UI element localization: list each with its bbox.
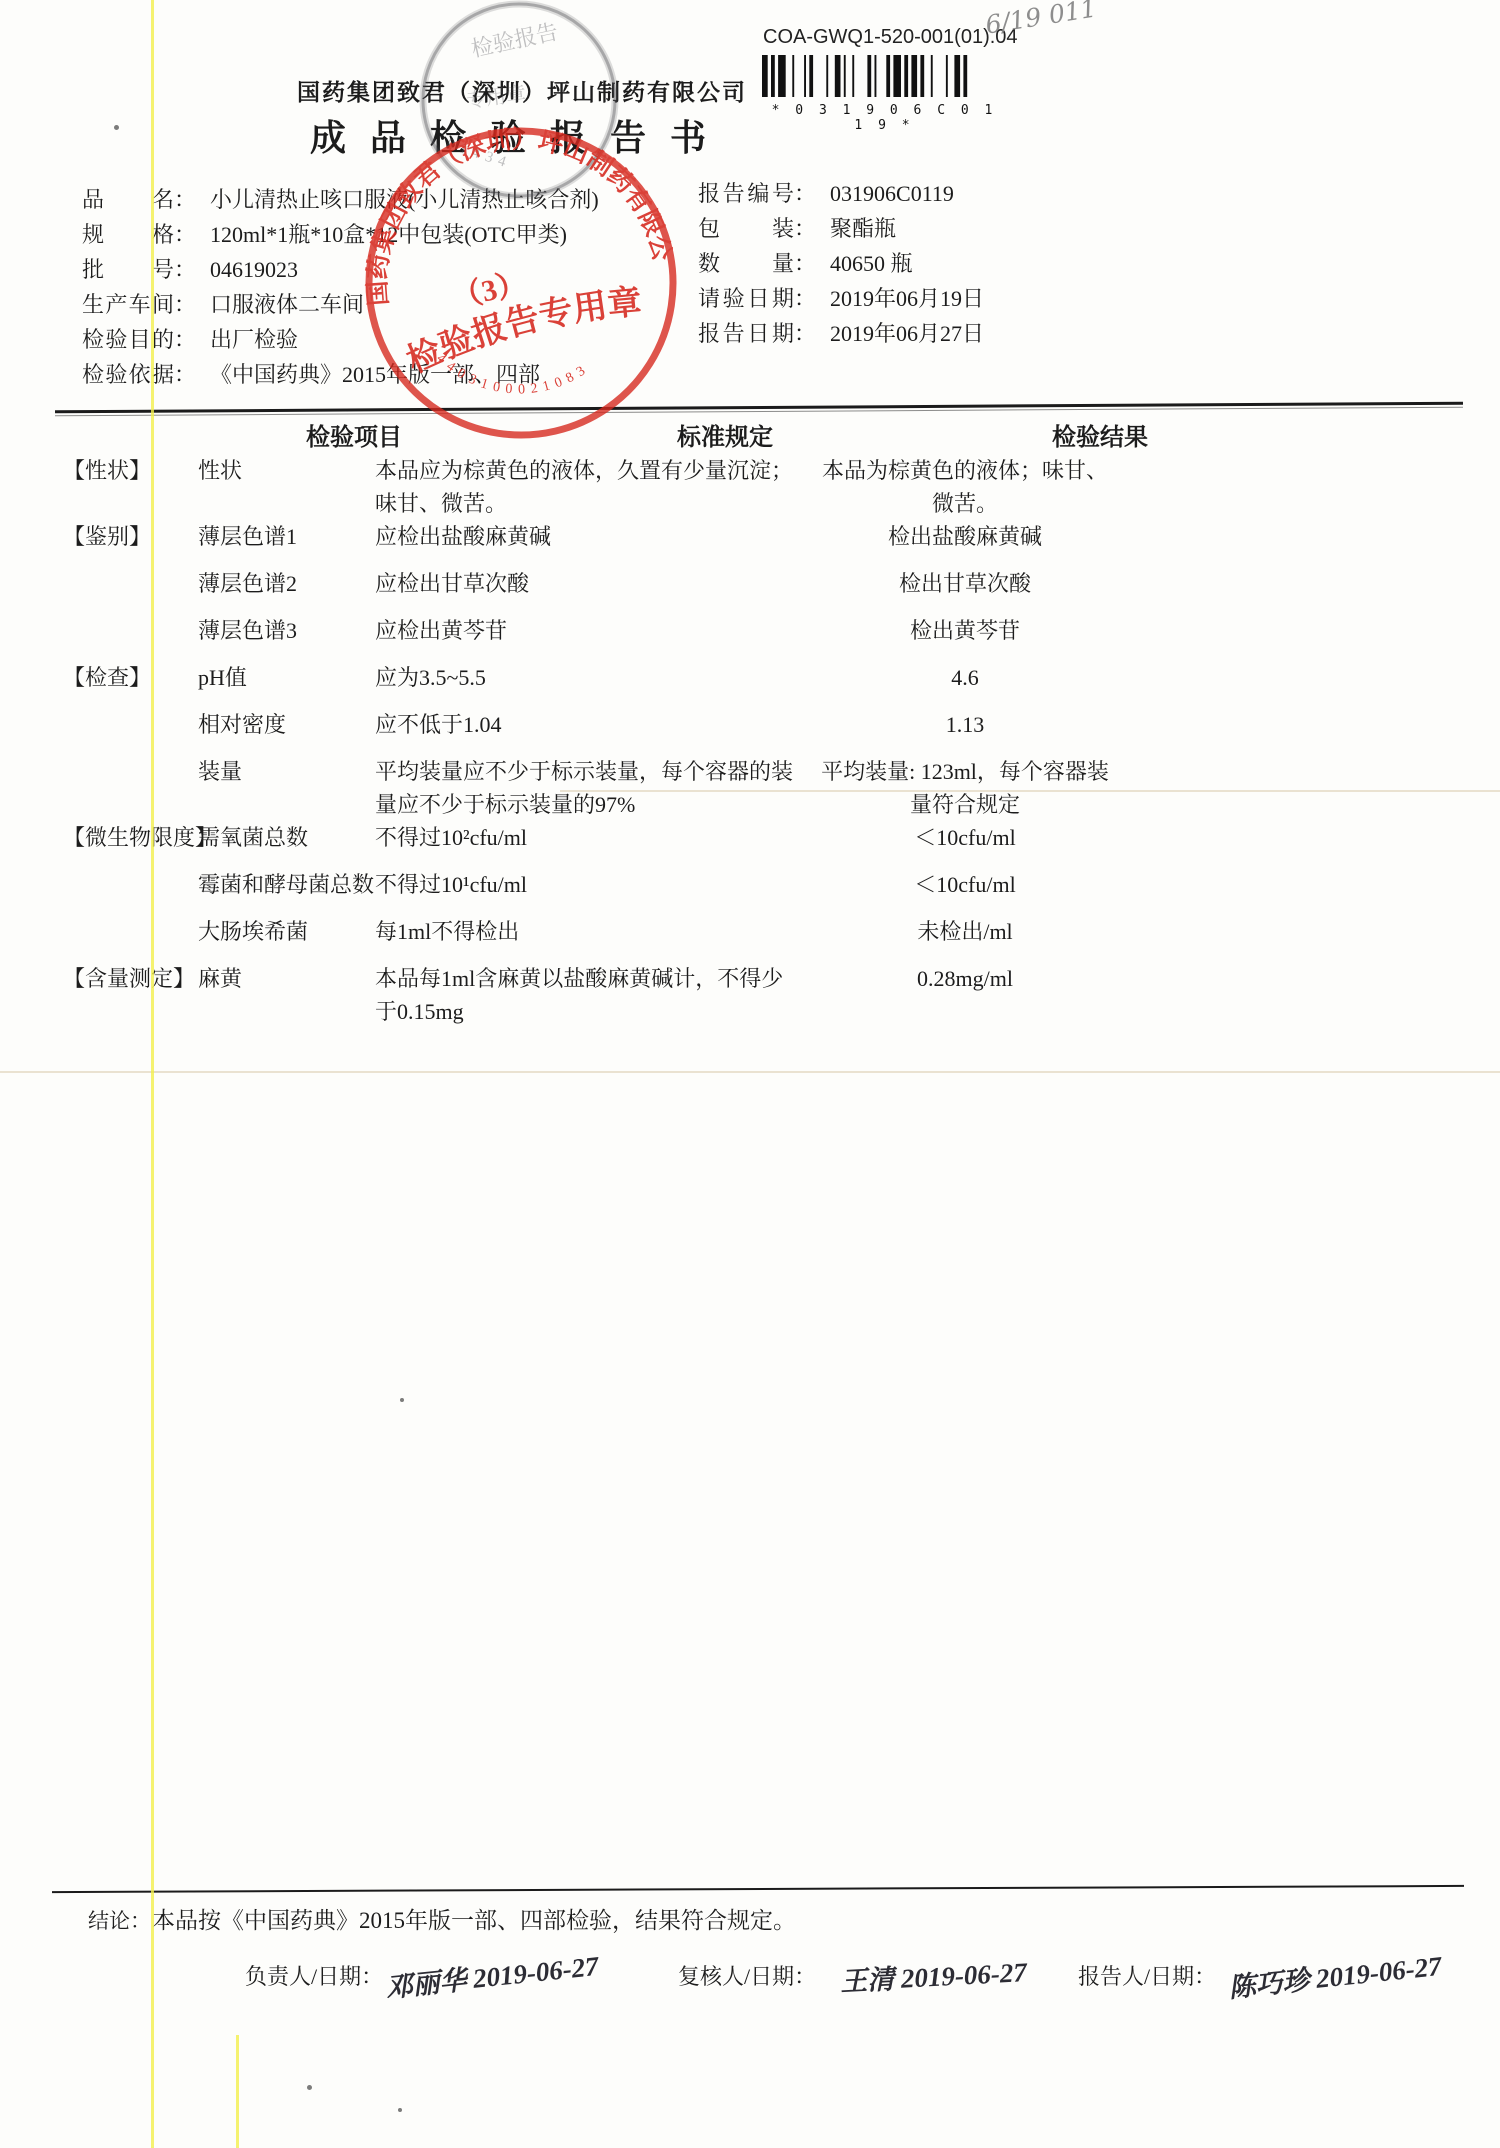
row-standard: 应为3.5~5.5 — [375, 661, 805, 694]
row-category: 【微生物限度】 — [63, 821, 198, 854]
row-item: 霉菌和酵母菌总数 — [198, 868, 375, 901]
ink-speck — [400, 1398, 404, 1402]
ink-speck — [114, 125, 119, 130]
row-standard: 每1ml不得检出 — [375, 915, 805, 948]
field-label: 检验依据 — [82, 357, 174, 392]
field-colon: ： — [794, 281, 816, 316]
fold-line-bottom — [236, 2035, 239, 2148]
row-result: ＜10cfu/ml — [815, 821, 1115, 854]
barcode-text: * 0 3 1 9 0 6 C 0 1 1 9 * — [760, 103, 1008, 133]
field-colon: ： — [174, 322, 196, 357]
row-result: 未检出/ml — [815, 915, 1115, 948]
field-value: 04619023 — [210, 252, 298, 287]
row-item: 薄层色谱1 — [198, 520, 375, 553]
row-item: 需氧菌总数 — [198, 821, 375, 854]
field-label: 检验目的 — [82, 322, 174, 357]
row-result: 检出甘草次酸 — [815, 567, 1115, 600]
barcode: * 0 3 1 9 0 6 C 0 1 1 9 * — [760, 55, 1008, 133]
row-standard: 应不低于1.04 — [375, 708, 805, 741]
crease-line — [0, 1071, 1500, 1073]
signature-handwriting: 邓丽华 2019-06-27 — [384, 1944, 601, 2005]
info-field: 报告日期：2019年06月27日 — [698, 316, 1168, 351]
row-result: 1.13 — [815, 708, 1115, 741]
field-colon: ： — [174, 357, 196, 392]
table-header: 检验项目 标准规定 检验结果 — [63, 414, 1463, 454]
row-category: 【检查】 — [63, 661, 198, 694]
row-item: pH值 — [198, 661, 375, 694]
inspection-table: 检验项目 标准规定 检验结果 【性状】性状本品应为棕黄色的液体，久置有少量沉淀；… — [63, 414, 1463, 1028]
field-value: 031906C0119 — [830, 176, 954, 211]
header-result: 检验结果 — [950, 417, 1250, 452]
field-colon: ： — [794, 316, 816, 351]
row-category: 【含量测定】 — [63, 962, 198, 995]
row-result: 本品为棕黄色的液体；味甘、微苦。 — [815, 454, 1115, 520]
row-standard: 本品每1ml含麻黄以盐酸麻黄碱计，不得少于0.15mg — [375, 962, 805, 1028]
document-number: COA-GWQ1-520-001(01).04 — [763, 26, 1018, 49]
gray-stamp-text: 检验报告 — [469, 19, 560, 62]
field-colon: ： — [794, 246, 816, 281]
field-value: 聚酯瓶 — [830, 211, 896, 246]
field-label: 报告编号 — [698, 176, 794, 211]
field-value: 2019年06月19日 — [830, 281, 984, 316]
table-row: 相对密度应不低于1.041.13 — [63, 708, 1463, 755]
table-row: 装量平均装量应不少于标示装量，每个容器的装量应不少于标示装量的97%平均装量: … — [63, 755, 1463, 821]
row-standard: 应检出甘草次酸 — [375, 567, 805, 600]
signature-label: 报告人/日期： — [1078, 1960, 1216, 1991]
info-field: 数量：40650 瓶 — [698, 246, 1168, 281]
row-standard: 应检出黄芩苷 — [375, 614, 805, 647]
row-item: 大肠埃希菌 — [198, 915, 375, 948]
field-colon: ： — [794, 176, 816, 211]
barcode-bars — [760, 55, 1008, 97]
signature-label: 复核人/日期： — [678, 1960, 816, 1991]
field-label: 规格 — [82, 217, 174, 252]
table-row: 【微生物限度】需氧菌总数不得过10²cfu/ml＜10cfu/ml — [63, 821, 1463, 868]
table-row: 薄层色谱2应检出甘草次酸检出甘草次酸 — [63, 567, 1463, 614]
signature-handwriting: 陈巧珍 2019-06-27 — [1227, 1944, 1444, 2005]
info-field: 包装：聚酯瓶 — [698, 211, 1168, 246]
row-item: 薄层色谱2 — [198, 567, 375, 600]
field-label: 生产车间 — [82, 287, 174, 322]
field-label: 品名 — [82, 182, 174, 217]
table-row: 薄层色谱3应检出黄芩苷检出黄芩苷 — [63, 614, 1463, 661]
info-field: 请验日期：2019年06月19日 — [698, 281, 1168, 316]
table-row: 【鉴别】薄层色谱1应检出盐酸麻黄碱检出盐酸麻黄碱 — [63, 520, 1463, 567]
row-standard: 不得过10¹cfu/ml — [375, 868, 805, 901]
fold-line — [151, 0, 154, 2148]
field-colon: ： — [174, 287, 196, 322]
field-value: 出厂检验 — [210, 322, 298, 357]
row-category: 【性状】 — [63, 454, 198, 487]
info-field: 报告编号：031906C0119 — [698, 176, 1168, 211]
row-item: 性状 — [198, 454, 375, 487]
row-result: ＜10cfu/ml — [815, 868, 1115, 901]
field-label: 批号 — [82, 252, 174, 287]
crease-line — [560, 790, 1500, 792]
conclusion-top-rule — [52, 1885, 1464, 1893]
row-item: 麻黄 — [198, 962, 375, 995]
conclusion-text: 本品按《中国药典》2015年版一部、四部检验，结果符合规定。 — [152, 1902, 796, 1935]
row-result: 检出黄芩苷 — [815, 614, 1115, 647]
row-item: 装量 — [198, 755, 375, 788]
row-result: 平均装量: 123ml，每个容器装量符合规定 — [815, 755, 1115, 821]
row-standard: 应检出盐酸麻黄碱 — [375, 520, 805, 553]
field-value: 口服液体二车间 — [210, 287, 364, 322]
row-category: 【鉴别】 — [63, 520, 198, 553]
field-label: 包装 — [698, 211, 794, 246]
row-result: 0.28mg/ml — [815, 962, 1115, 995]
signature-label: 负责人/日期： — [245, 1960, 383, 1991]
field-value: 2019年06月27日 — [830, 316, 984, 351]
row-item: 薄层色谱3 — [198, 614, 375, 647]
row-result: 4.6 — [815, 661, 1115, 694]
right-info-fields: 报告编号：031906C0119包装：聚酯瓶数量：40650 瓶请验日期：201… — [698, 176, 1168, 351]
field-colon: ： — [174, 182, 196, 217]
field-colon: ： — [794, 211, 816, 246]
table-row: 大肠埃希菌每1ml不得检出未检出/ml — [63, 915, 1463, 962]
row-standard: 平均装量应不少于标示装量，每个容器的装量应不少于标示装量的97% — [375, 755, 805, 821]
field-colon: ： — [174, 252, 196, 287]
table-row: 霉菌和酵母菌总数不得过10¹cfu/ml＜10cfu/ml — [63, 868, 1463, 915]
svg-text:专用章: 专用章 — [465, 82, 527, 112]
report-page: 国药集团致君（深圳）坪山制药有限公司 成品检验报告书 COA-GWQ1-520-… — [0, 0, 1500, 2148]
field-label: 数量 — [698, 246, 794, 281]
field-colon: ： — [174, 217, 196, 252]
signature-handwriting: 王清 2019-06-27 — [839, 1950, 1028, 1999]
field-value: 40650 瓶 — [830, 246, 913, 281]
row-item: 相对密度 — [198, 708, 375, 741]
table-row: 【性状】性状本品应为棕黄色的液体，久置有少量沉淀；味甘、微苦。本品为棕黄色的液体… — [63, 454, 1463, 520]
table-row: 【检查】pH值应为3.5~5.54.6 — [63, 661, 1463, 708]
table-body: 【性状】性状本品应为棕黄色的液体，久置有少量沉淀；味甘、微苦。本品为棕黄色的液体… — [63, 454, 1463, 1028]
ink-speck — [307, 2085, 312, 2090]
handwritten-note: 6/19 011 — [983, 0, 1098, 40]
field-label: 报告日期 — [698, 316, 794, 351]
table-row: 【含量测定】麻黄本品每1ml含麻黄以盐酸麻黄碱计，不得少于0.15mg0.28m… — [63, 962, 1463, 1028]
conclusion-label: 结论： — [88, 1905, 151, 1935]
row-result: 检出盐酸麻黄碱 — [815, 520, 1115, 553]
field-label: 请验日期 — [698, 281, 794, 316]
row-standard: 不得过10²cfu/ml — [375, 821, 805, 854]
ink-speck — [398, 2108, 402, 2112]
